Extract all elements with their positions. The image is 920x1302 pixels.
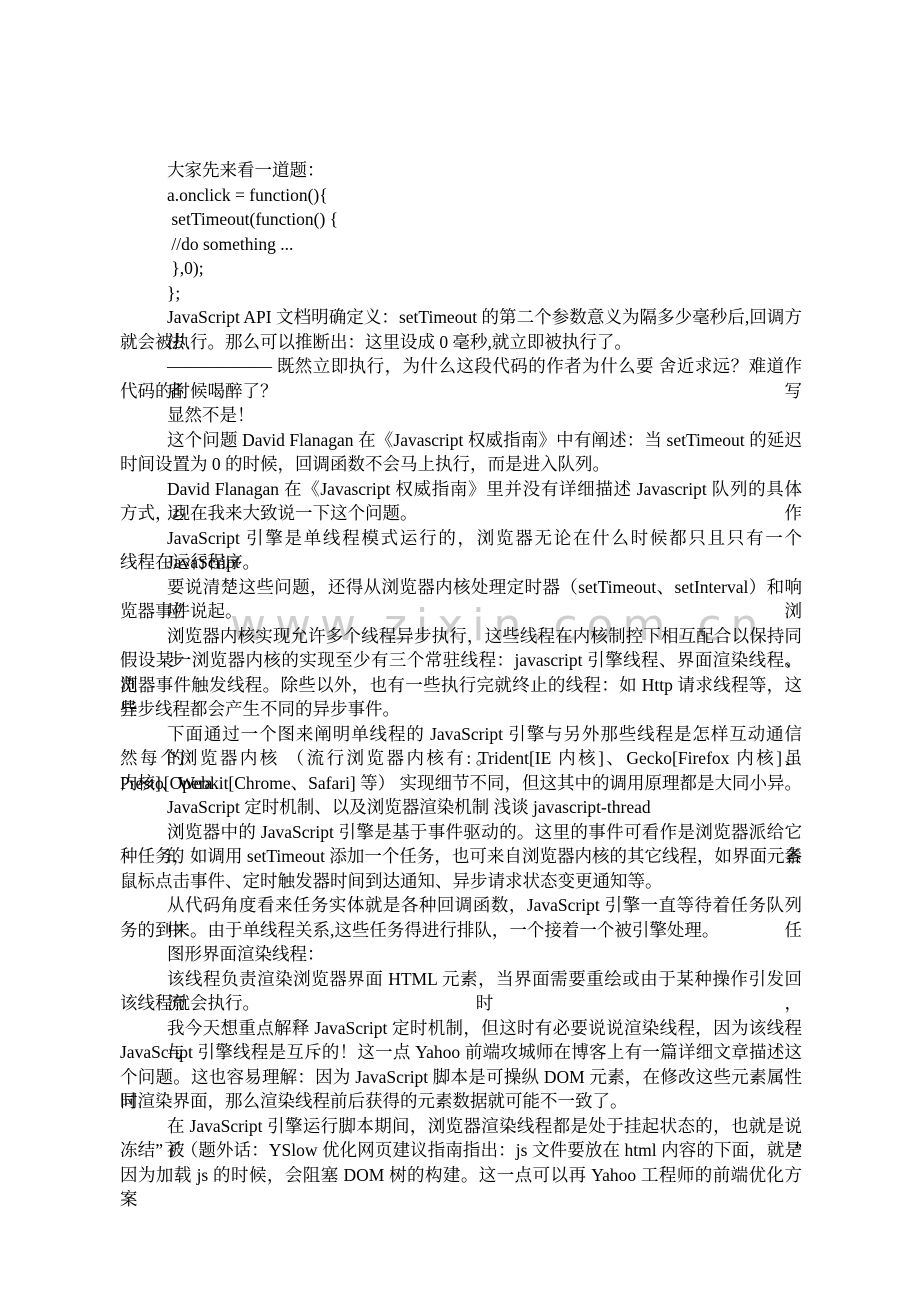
text-line: 下面通过一个图来阐明单线程的 JavaScript 引擎与另外那些线程是怎样互动… [120,722,802,747]
text-line: 假设某一浏览器内核的实现至少有三个常驻线程：javascript 引擎线程、界面… [120,648,802,673]
text-line: 内核]、Webkit[Chrome、Safari] 等） 实现细节不同，但这其中… [120,771,802,796]
text-line: JavaScript API 文档明确定义：setTimeout 的第二个参数意… [120,305,802,330]
text-line: JavaScript 引擎线程是互斥的！这一点 Yahoo 前端攻城师在博客上有… [120,1040,802,1065]
text-line: 这个问题 David Flanagan 在《Javascript 权威指南》中有… [120,428,802,453]
text-line: 时渲染界面，那么渲染线程前后获得的元素数据就可能不一致了。 [120,1089,802,1114]
text-line: 冻结”了（题外话：YSlow 优化网页建议指南指出：js 文件要放在 html … [120,1138,802,1163]
text-line: David Flanagan 在《Javascript 权威指南》里并没有详细描… [120,477,802,502]
text-line: },0); [120,256,802,281]
text-line: 我今天想重点解释 JavaScript 定时机制，但这时有必要说说渲染线程，因为… [120,1016,802,1041]
text-line: 大家先来看一道题： [120,158,802,183]
text-line: 从代码角度看来任务实体就是各种回调函数，JavaScript 引擎一直等待着任务… [120,893,802,918]
text-line: 鼠标点击事件、定时触发器时间到达通知、异步请求状态变更通知等。 [120,869,802,894]
text-line: JavaScript 引擎是单线程模式运行的，浏览器无论在什么时候都只且只有一个… [120,526,802,551]
text-line: 因为加载 js 的时候，会阻塞 DOM 树的构建。这一点可以再 Yahoo 工程… [120,1163,802,1188]
text-line: 览器事件触发线程。除些以外，也有一些执行完就终止的线程：如 Http 请求线程等… [120,673,802,698]
text-line: 然每个浏览器内核 （流行浏览器内核有: Trident[IE 内核]、Gecko… [120,746,802,771]
text-line: setTimeout(function() { [120,207,802,232]
document-body: 大家先来看一道题：a.onclick = function(){ setTime… [120,158,802,1187]
text-line: a.onclick = function(){ [120,183,802,208]
text-line: —————— 既然立即执行，为什么这段代码的作者为什么要 舍近求远？难道作者写 [120,354,802,379]
text-line: 该线程负责渲染浏览器界面 HTML 元素，当界面需要重绘或由于某种操作引发回流时… [120,967,802,992]
text-line: 显然不是！ [120,403,802,428]
text-line: 种任务，如调用 setTimeout 添加一个任务，也可来自浏览器内核的其它线程… [120,844,802,869]
text-line: 图形界面渲染线程： [120,942,802,967]
text-line: 在 JavaScript 引擎运行脚本期间，浏览器渲染线程都是处于挂起状态的，也… [120,1114,802,1139]
text-line: 时间设置为 0 的时候，回调函数不会马上执行，而是进入队列。 [120,452,802,477]
text-line: 浏览器内核实现允许多个线程异步执行，这些线程在内核制控下相互配合以保持同步。 [120,624,802,649]
document-page: www.zixin.com.cn 大家先来看一道题：a.onclick = fu… [0,0,920,1302]
text-line: 就会被执行。那么可以推断出：这里设成 0 毫秒,就立即被执行了。 [120,330,802,355]
text-line: }; [120,281,802,306]
text-line: 要说清楚这些问题，还得从浏览器内核处理定时器（setTimeout、setInt… [120,575,802,600]
text-line: JavaScript 定时机制、以及浏览器渲染机制 浅谈 javascript-… [120,795,802,820]
text-line: 务的到来。由于单线程关系,这些任务得进行排队，一个接着一个被引擎处理。 [120,918,802,943]
text-line: 异步线程都会产生不同的异步事件。 [120,697,802,722]
text-line: 个问题。这也容易理解：因为 JavaScript 脚本是可操纵 DOM 元素，在… [120,1065,802,1090]
text-line: 线程在运行程序。 [120,550,802,575]
text-line: 浏览器中的 JavaScript 引擎是基于事件驱动的。这里的事件可看作是浏览器… [120,820,802,845]
text-line: //do something ... [120,232,802,257]
